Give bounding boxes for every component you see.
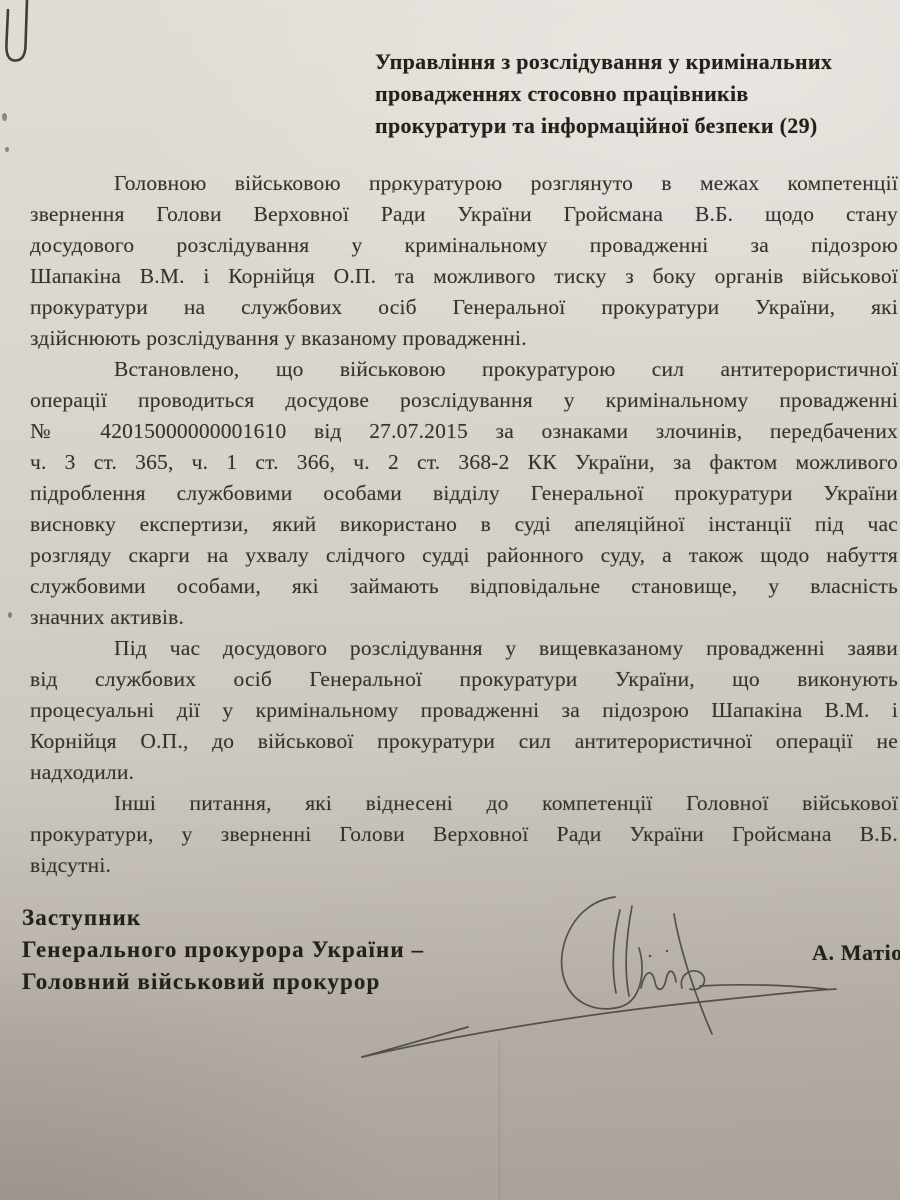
signer-name: А. Матіо <box>812 940 900 966</box>
photo-speck <box>8 612 12 618</box>
body-line: розгляду скарги на ухвалу слідчого судді… <box>30 540 898 571</box>
body-line: підроблення службовими особами відділу Г… <box>30 478 898 509</box>
body-line: надходили. <box>30 757 898 788</box>
body-line: звернення Голови Верховної Ради України … <box>30 199 898 230</box>
body-line: прокуратури на службових осіб Генерально… <box>30 292 898 323</box>
body-line: досудового розслідування у кримінальному… <box>30 230 898 261</box>
body-line: від службових осіб Генеральної прокурату… <box>30 664 898 695</box>
body-line: прокуратури, у зверненні Голови Верховно… <box>30 819 898 850</box>
body-line: службовими особами, які займають відпові… <box>30 571 898 602</box>
body-line: Головною військовою прокуратурою розглян… <box>30 168 898 199</box>
document-body: Головною військовою прокуратурою розглян… <box>30 168 898 881</box>
letterhead-line: Управління з розслідування у кримінальни… <box>375 46 895 78</box>
body-line: відсутні. <box>30 850 898 881</box>
body-line: № 42015000000001610 від 27.07.2015 за оз… <box>30 416 898 447</box>
body-line: значних активів. <box>30 602 898 633</box>
body-line: Корнійця О.П., до військової прокуратури… <box>30 726 898 757</box>
body-line: ч. 3 ст. 365, ч. 1 ст. 366, ч. 2 ст. 368… <box>30 447 898 478</box>
paperclip-icon <box>0 0 50 80</box>
body-line: Встановлено, що військовою прокуратурою … <box>30 354 898 385</box>
letterhead-line: провадженнях стосовно працівників <box>375 78 895 110</box>
photo-speck <box>5 147 9 152</box>
body-line: Інші питання, які віднесені до компетенц… <box>30 788 898 819</box>
letterhead-line: прокуратури та інформаційної безпеки (29… <box>375 110 895 142</box>
photo-speck <box>2 113 7 121</box>
letterhead-unit-block: Управління з розслідування у кримінальни… <box>375 46 895 142</box>
paper-crease <box>498 1040 501 1200</box>
document-photo: Управління з розслідування у кримінальни… <box>0 0 900 1200</box>
body-line: Під час досудового розслідування у вищев… <box>30 633 898 664</box>
body-line: здійснюють розслідування у вказаному про… <box>30 323 898 354</box>
signer-title-line: Генерального прокурора України – <box>22 934 542 966</box>
signer-title-line: Заступник <box>22 902 542 934</box>
signer-title-block: ЗаступникГенерального прокурора України … <box>22 902 542 998</box>
body-line: операції проводиться досудове розслідува… <box>30 385 898 416</box>
signer-title-line: Головний військовий прокурор <box>22 966 542 998</box>
body-line: процесуальні дії у кримінальному провадж… <box>30 695 898 726</box>
body-line: висновку експертизи, який використано в … <box>30 509 898 540</box>
body-line: Шапакіна В.М. і Корнійця О.П. та можливо… <box>30 261 898 292</box>
